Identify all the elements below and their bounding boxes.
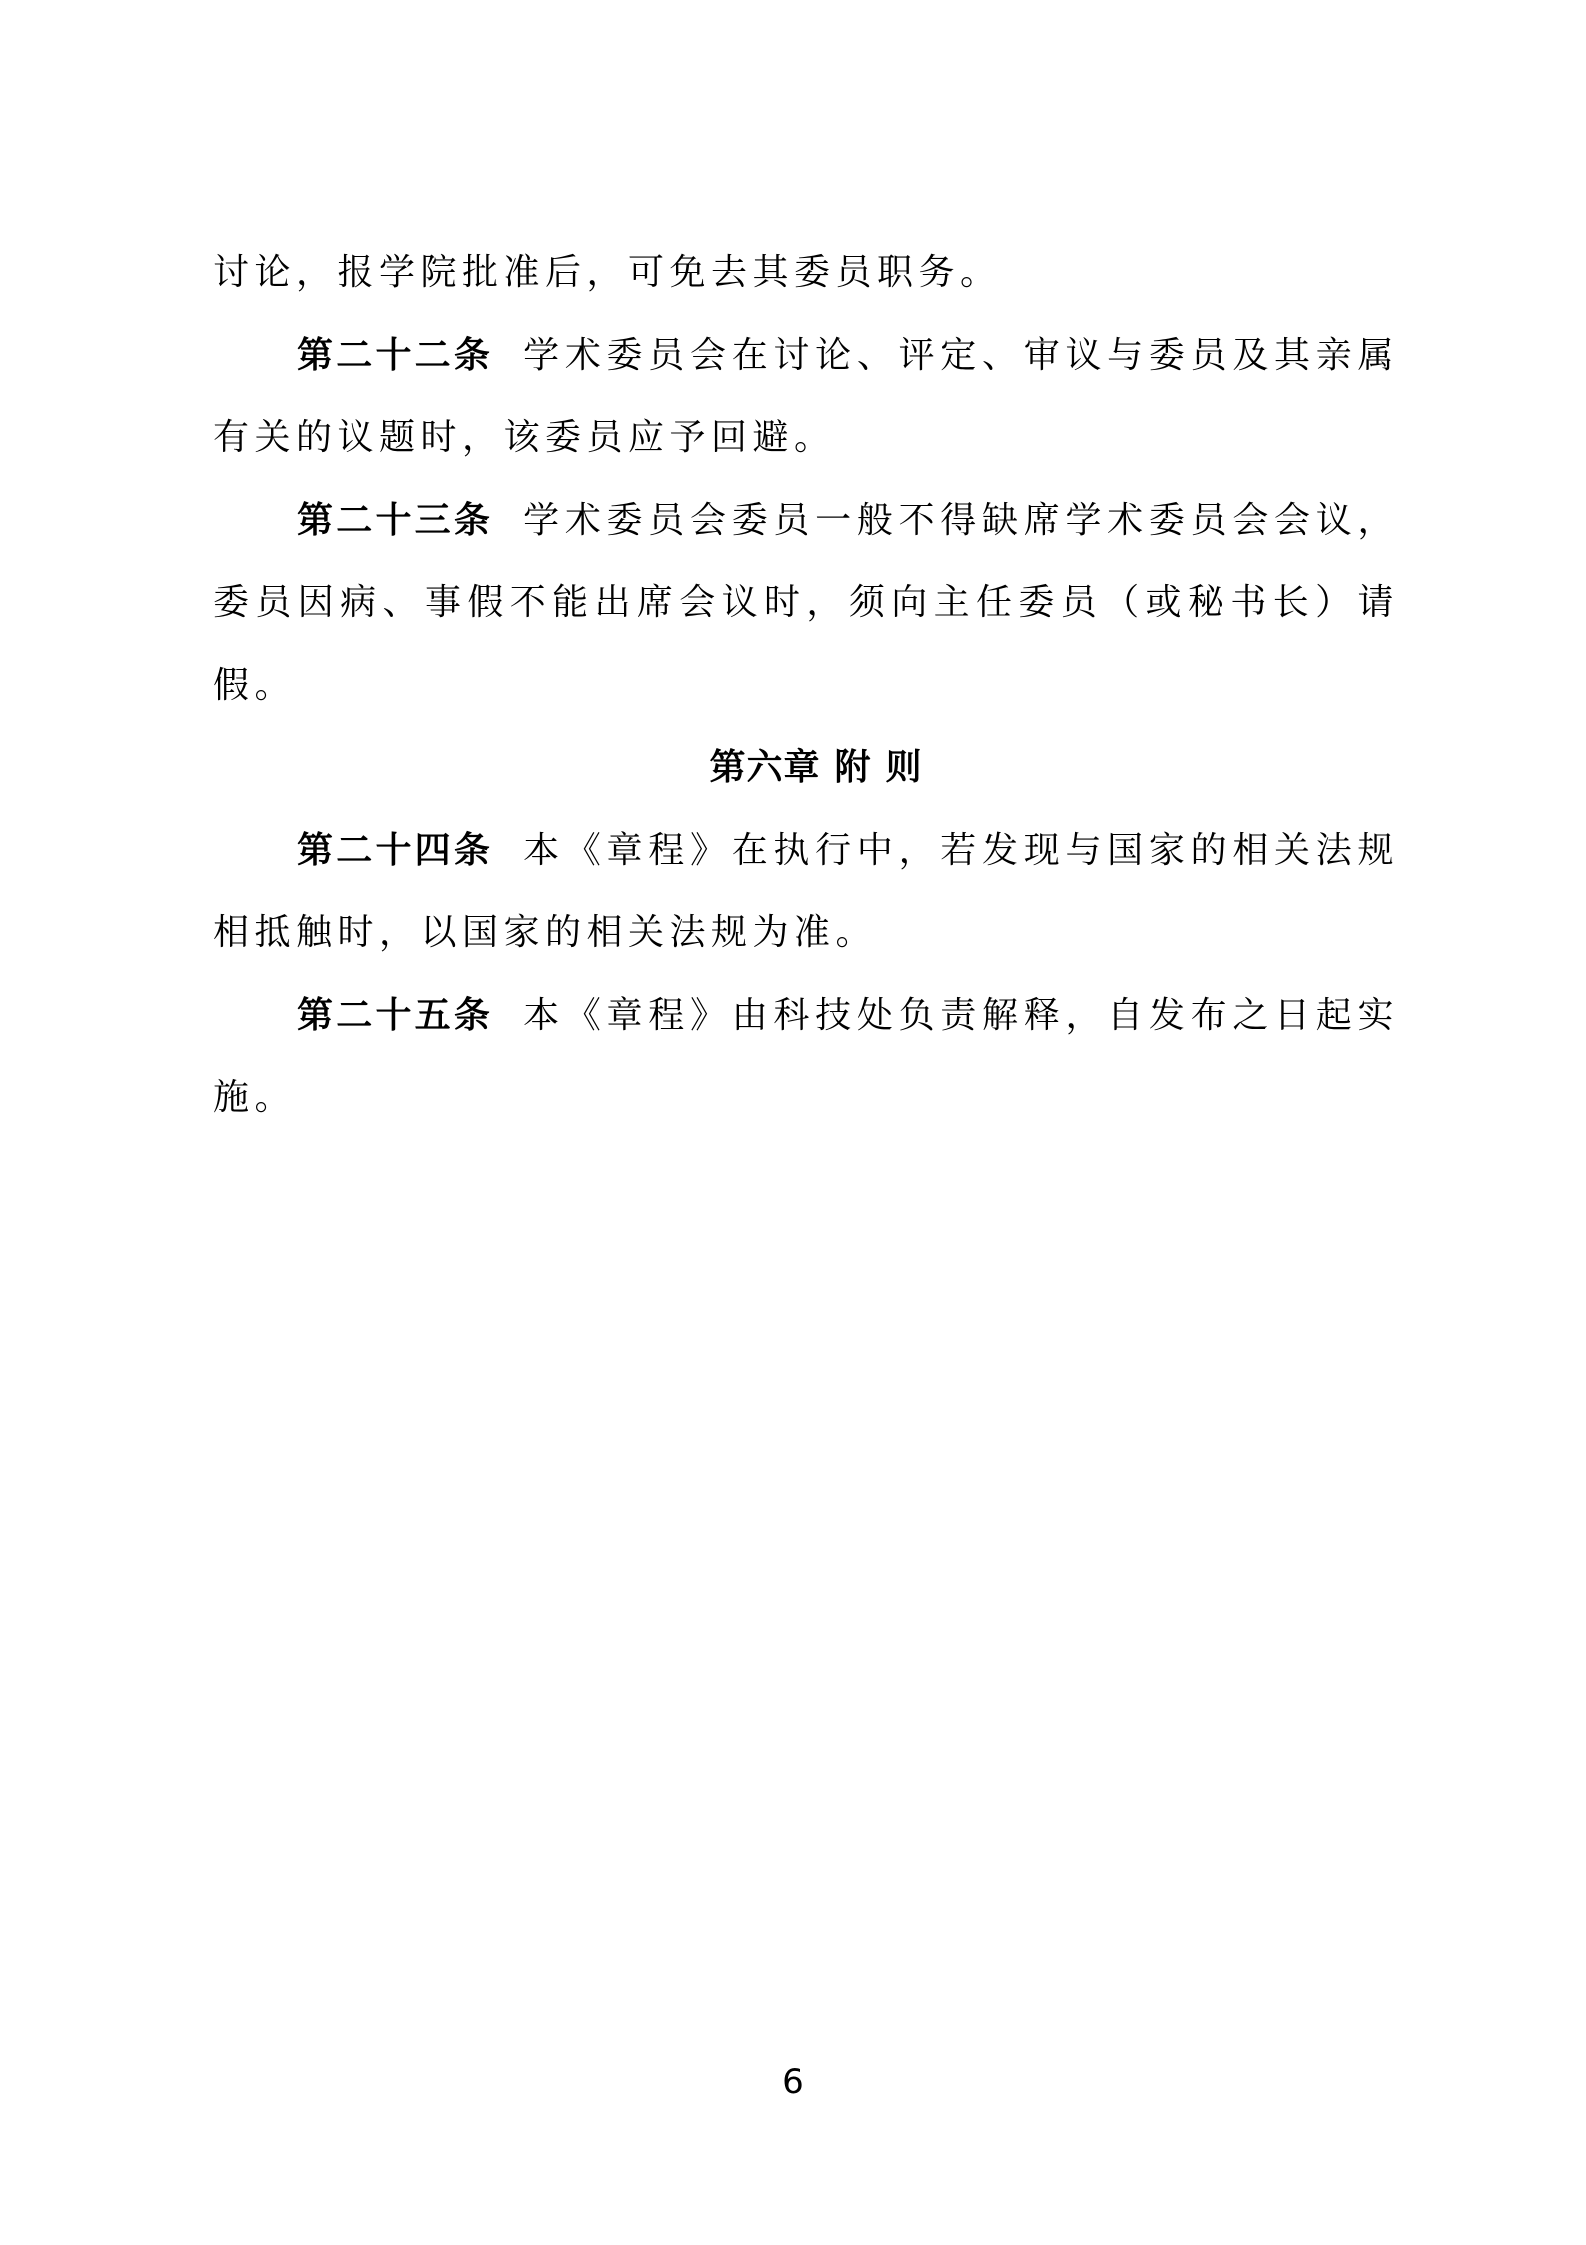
article-22: 第二十二条学术委员会在讨论、评定、审议与委员及其亲属有关的议题时，该委员应予回避… — [213, 315, 1399, 480]
document-body: 讨论，报学院批准后，可免去其委员职务。 第二十二条学术委员会在讨论、评定、审议与… — [213, 232, 1399, 1140]
chapter-number: 第六章 — [709, 747, 820, 788]
continuation-paragraph: 讨论，报学院批准后，可免去其委员职务。 — [213, 232, 1399, 315]
article-number: 第二十五条 — [297, 995, 493, 1036]
article-number: 第二十三条 — [297, 500, 493, 541]
article-24: 第二十四条本《章程》在执行中，若发现与国家的相关法规相抵触时，以国家的相关法规为… — [213, 810, 1399, 975]
page-number: 6 — [0, 2062, 1586, 2102]
chapter-title-char-2: 则 — [886, 747, 923, 788]
chapter-heading: 第六章附则 — [213, 727, 1399, 810]
article-25: 第二十五条本《章程》由科技处负责解释，自发布之日起实施。 — [213, 975, 1399, 1140]
article-number: 第二十二条 — [297, 335, 493, 376]
article-23: 第二十三条学术委员会委员一般不得缺席学术委员会会议，委员因病、事假不能出席会议时… — [213, 480, 1399, 728]
document-page: 讨论，报学院批准后，可免去其委员职务。 第二十二条学术委员会在讨论、评定、审议与… — [0, 0, 1586, 2245]
chapter-title-char-1: 附 — [834, 747, 871, 788]
article-number: 第二十四条 — [297, 830, 493, 871]
